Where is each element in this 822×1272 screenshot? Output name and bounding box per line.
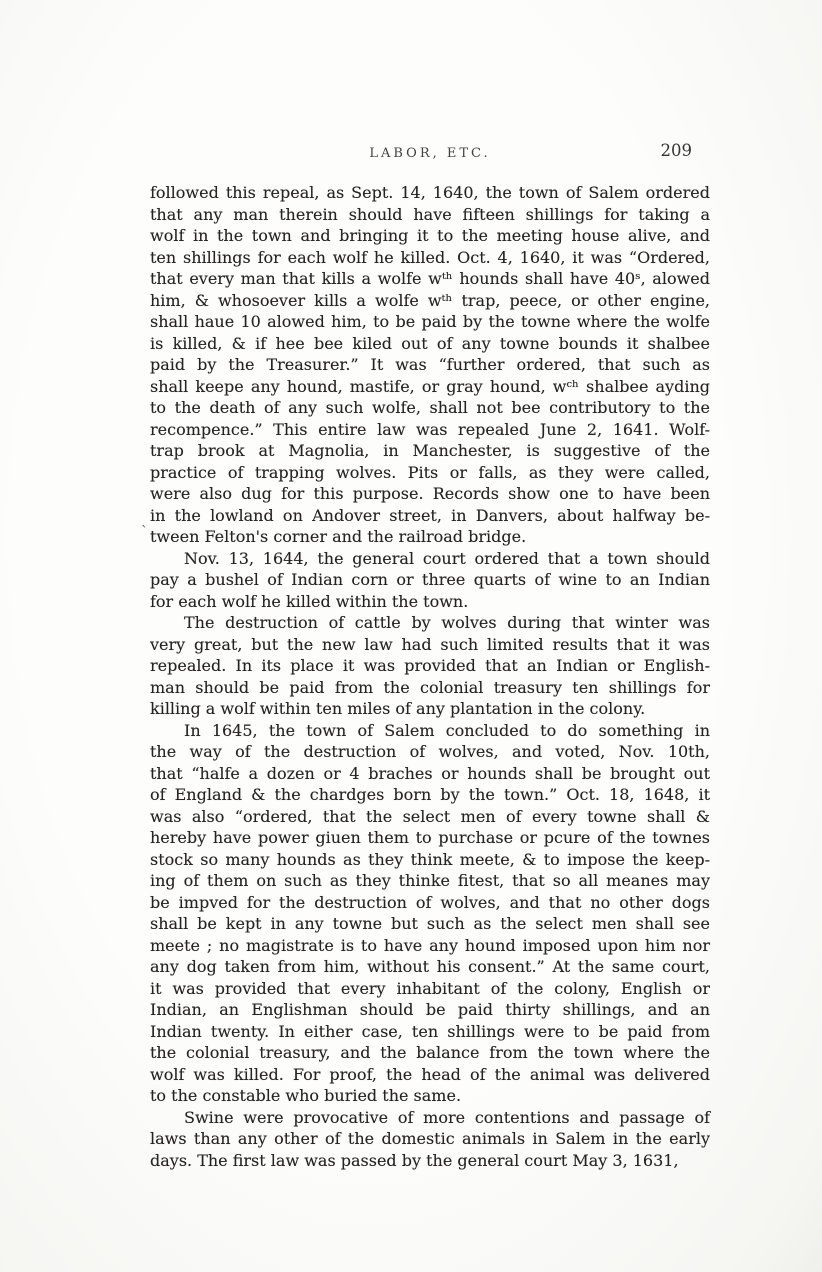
page-number: 209 bbox=[661, 141, 693, 160]
text-line: in the lowland on Andover street, in Dan… bbox=[150, 505, 710, 527]
text-line: Nov. 13, 1644, the general court ordered… bbox=[150, 548, 710, 570]
text-line: Indian, an Englishman should be paid thi… bbox=[150, 999, 710, 1021]
text-line: stock so many hounds as they think meete… bbox=[150, 849, 710, 871]
running-head: LABOR, ETC. bbox=[150, 146, 710, 161]
text-line: Swine were provocative of more contentio… bbox=[150, 1107, 710, 1129]
text-line: trap brook at Magnolia, in Manchester, i… bbox=[150, 440, 710, 462]
text-line: him, & whosoever kills a wolfe wᵗʰ trap,… bbox=[150, 290, 710, 312]
text-line: the way of the destruction of wolves, an… bbox=[150, 741, 710, 763]
text-line: ing of them on such as they thinke fites… bbox=[150, 870, 710, 892]
page-body: followed this repeal, as Sept. 14, 1640,… bbox=[150, 182, 710, 1171]
text-line: killing a wolf within ten miles of any p… bbox=[150, 698, 710, 720]
text-line: tween Felton's corner and the railroad b… bbox=[150, 526, 710, 548]
text-line: was also “ordered, that the select men o… bbox=[150, 806, 710, 828]
text-line: repealed. In its place it was provided t… bbox=[150, 655, 710, 677]
scan-artifact-mark: ` bbox=[141, 524, 148, 540]
text-line: days. The first law was passed by the ge… bbox=[150, 1150, 710, 1172]
text-line: laws than any other of the domestic anim… bbox=[150, 1128, 710, 1150]
text-line: pay a bushel of Indian corn or three qua… bbox=[150, 569, 710, 591]
text-line: be impved for the destruction of wolves,… bbox=[150, 892, 710, 914]
text-line: is killed, & if hee bee kiled out of any… bbox=[150, 333, 710, 355]
text-line: hereby have power giuen them to purchase… bbox=[150, 827, 710, 849]
book-page: LABOR, ETC. 209 ` followed this repeal, … bbox=[0, 0, 822, 1272]
text-line: The destruction of cattle by wolves duri… bbox=[150, 612, 710, 634]
paragraph: Swine were provocative of more contentio… bbox=[150, 1107, 710, 1172]
text-line: that any man therein should have fifteen… bbox=[150, 204, 710, 226]
text-line: very great, but the new law had such lim… bbox=[150, 634, 710, 656]
paragraph: The destruction of cattle by wolves duri… bbox=[150, 612, 710, 720]
text-line: that every man that kills a wolfe wᵗʰ ho… bbox=[150, 268, 710, 290]
paragraph: In 1645, the town of Salem concluded to … bbox=[150, 720, 710, 1107]
text-line: shall be kept in any towne but such as t… bbox=[150, 913, 710, 935]
text-line: it was provided that every inhabitant of… bbox=[150, 978, 710, 1000]
paragraph: Nov. 13, 1644, the general court ordered… bbox=[150, 548, 710, 613]
paragraph: followed this repeal, as Sept. 14, 1640,… bbox=[150, 182, 710, 548]
text-line: were also dug for this purpose. Records … bbox=[150, 483, 710, 505]
text-line: practice of trapping wolves. Pits or fal… bbox=[150, 462, 710, 484]
text-line: to the death of any such wolfe, shall no… bbox=[150, 397, 710, 419]
text-line: man should be paid from the colonial tre… bbox=[150, 677, 710, 699]
text-line: In 1645, the town of Salem concluded to … bbox=[150, 720, 710, 742]
text-line: wolf was killed. For proof, the head of … bbox=[150, 1064, 710, 1086]
text-line: to the constable who buried the same. bbox=[150, 1085, 710, 1107]
text-line: of England & the chardges born by the to… bbox=[150, 784, 710, 806]
text-line: meete ; no magistrate is to have any hou… bbox=[150, 935, 710, 957]
text-line: Indian twenty. In either case, ten shill… bbox=[150, 1021, 710, 1043]
text-line: the colonial treasury, and the balance f… bbox=[150, 1042, 710, 1064]
text-line: paid by the Treasurer.” It was “further … bbox=[150, 354, 710, 376]
page-header: LABOR, ETC. bbox=[150, 146, 710, 166]
text-line: for each wolf he killed within the town. bbox=[150, 591, 710, 613]
text-line: wolf in the town and bringing it to the … bbox=[150, 225, 710, 247]
text-line: any dog taken from him, without his cons… bbox=[150, 956, 710, 978]
text-line: shall keepe any hound, mastife, or gray … bbox=[150, 376, 710, 398]
text-line: ten shillings for each wolf he killed. O… bbox=[150, 247, 710, 269]
text-line: recompence.” This entire law was repeale… bbox=[150, 419, 710, 441]
text-line: shall haue 10 alowed him, to be paid by … bbox=[150, 311, 710, 333]
text-line: followed this repeal, as Sept. 14, 1640,… bbox=[150, 182, 710, 204]
text-line: that “halfe a dozen or 4 braches or houn… bbox=[150, 763, 710, 785]
